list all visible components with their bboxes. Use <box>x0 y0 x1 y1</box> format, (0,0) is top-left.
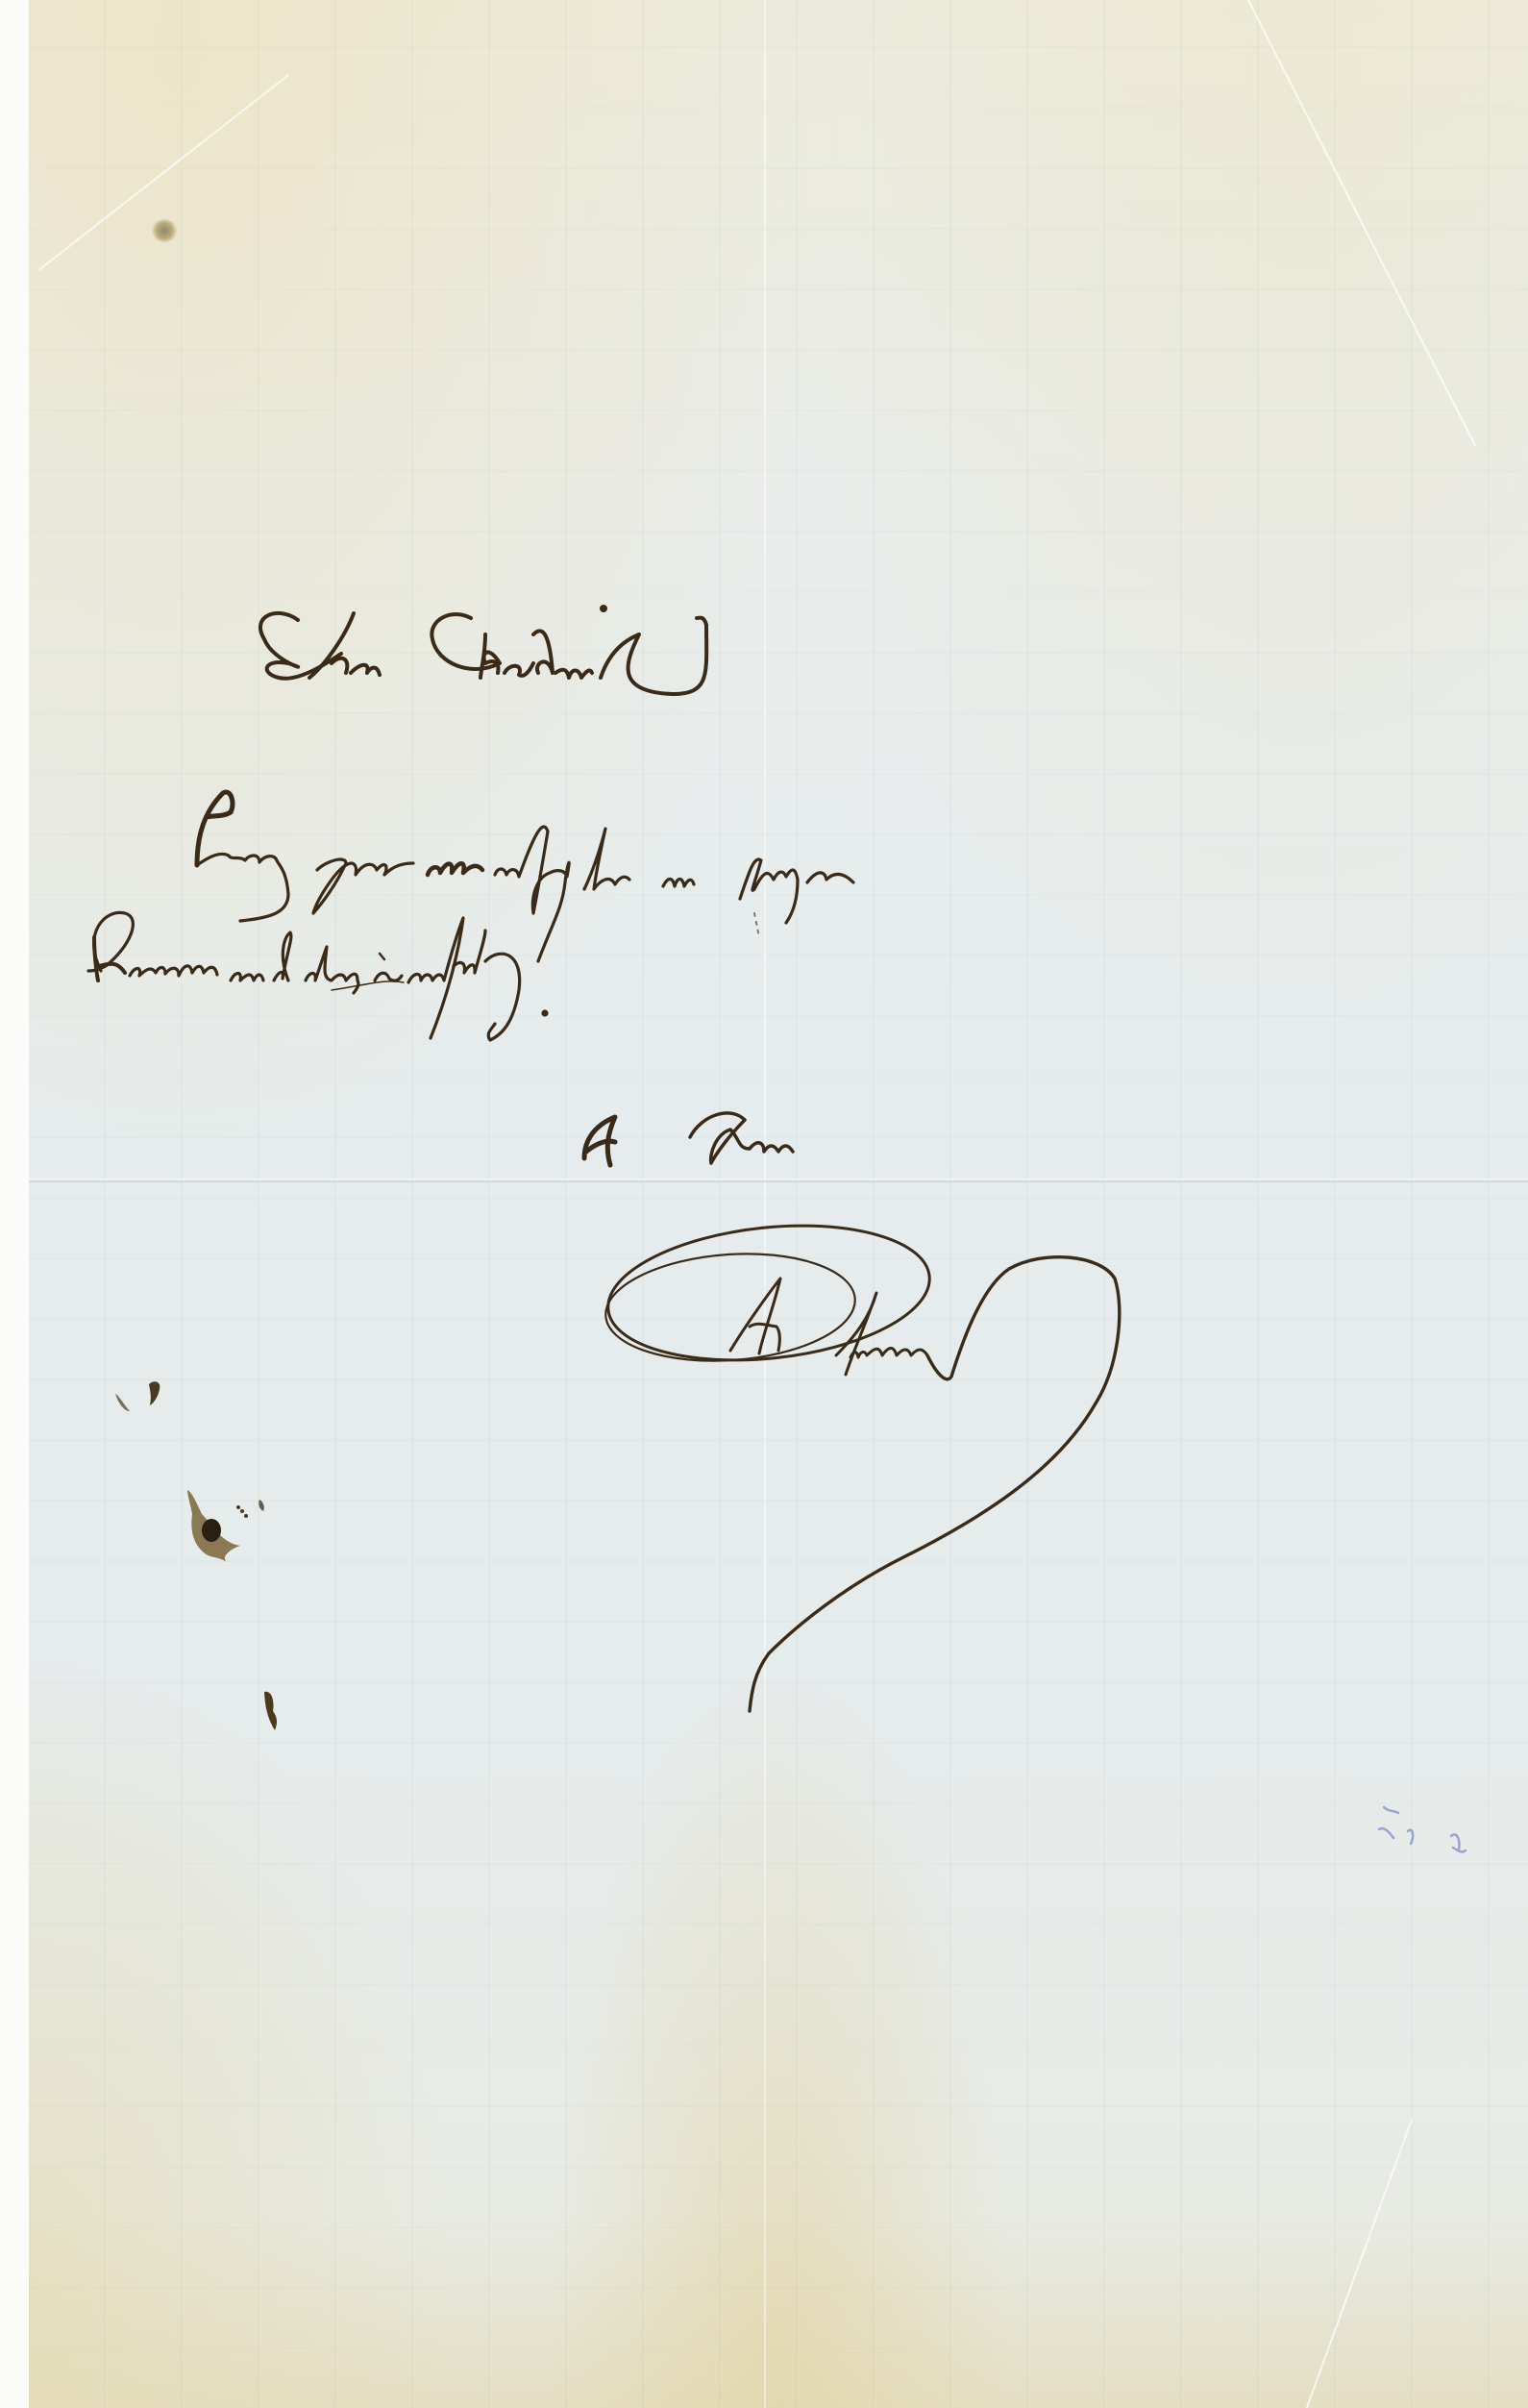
ink-blots <box>115 1381 277 1730</box>
signature-handwriting <box>602 1211 1120 1711</box>
pencil-annotation-mark <box>1379 1807 1466 1851</box>
body-line-2-handwriting <box>88 912 547 1040</box>
body-line-1-handwriting <box>197 792 853 961</box>
handwriting-layer <box>0 0 1528 2408</box>
salutation-handwriting <box>260 607 706 694</box>
closing-handwriting <box>584 1113 793 1165</box>
